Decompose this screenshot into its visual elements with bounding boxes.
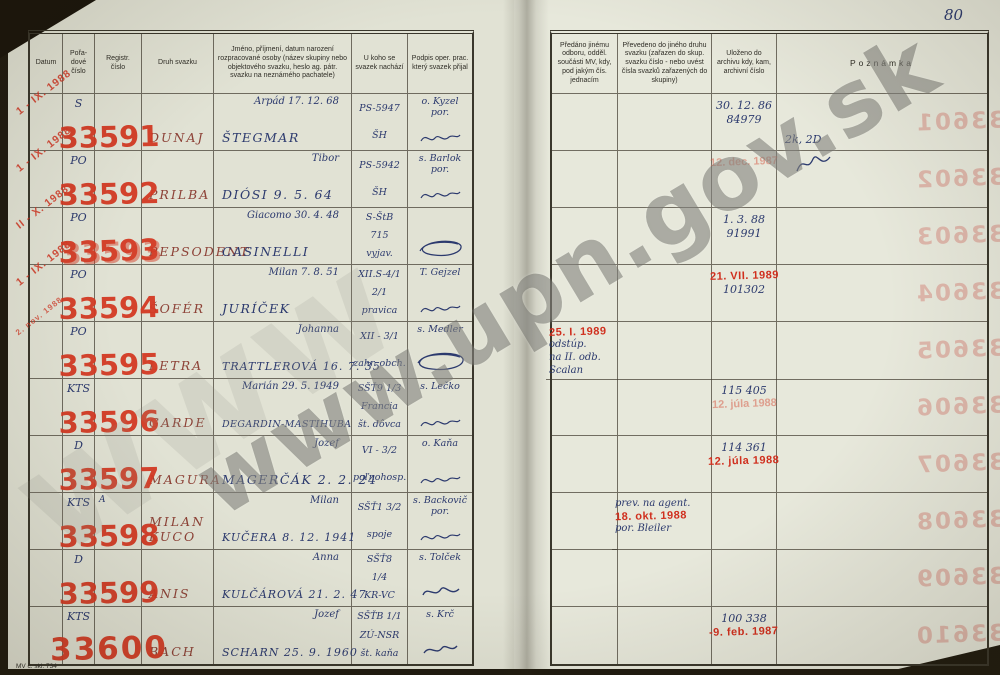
mirrored-bleed-number: 33608 — [915, 506, 1000, 535]
row-right-33591: 30. 12. 8684979 2k, 2D33601 — [552, 94, 987, 151]
first-name-and-birthdate: Milan — [310, 495, 347, 506]
holder-line: XII.S-4/1 — [353, 269, 406, 281]
col-header-poznamka: Poznámka — [777, 34, 987, 94]
cell-prevedeno — [618, 208, 712, 265]
archive-date-stamp: -9. feb. 1987 — [709, 625, 779, 639]
col-header-jmeno: Jméno, příjmení, datum narození rozpraco… — [214, 34, 352, 94]
surname: CASINELLI — [218, 244, 347, 262]
holder-line: ŠH — [353, 130, 406, 142]
cell-ulozeno — [712, 550, 777, 607]
cell-predano — [552, 265, 618, 322]
holder-line: št. kaňa — [353, 648, 406, 660]
row-left-33594: 1 - IX. 1988 33594 PO ŠOFÉR Milan 7. 8. … — [30, 265, 472, 322]
holder-line: XII - 3/1 — [353, 331, 406, 343]
registration-number-stamp: 33593 — [41, 232, 176, 271]
signature-scribble — [419, 583, 461, 601]
cell-predano — [552, 550, 618, 607]
ledger-scan-photo: 80 MV č. skl. 734 Datum Pořa-dové číslo … — [0, 0, 1000, 675]
row-left-33600: 33600 KTS BACH JozefSCHARN 25. 9. 1960 S… — [30, 607, 472, 664]
cell-jmeno: JozefSCHARN 25. 9. 1960 — [214, 607, 352, 664]
row-right-33596: 115 40512. júla 1988 33606 — [552, 379, 987, 436]
holder-line: SŠŤB 1/1 — [353, 611, 406, 623]
transfer-date-stamp: 25. I. 1989 — [549, 325, 614, 339]
mirrored-bleed-number: 33606 — [915, 392, 1000, 421]
cell-jmeno: JozefMAGERČÁK 2. 2. 24 — [214, 436, 352, 493]
holder-line: spoje — [353, 529, 406, 541]
cell-predano — [552, 607, 618, 664]
col-header-u-koho: U koho se svazek nachází — [352, 34, 408, 94]
archive-number: 114 361 — [721, 441, 767, 454]
holder-line: Francia — [353, 401, 406, 413]
cell-predano: 25. I. 1989odstúp.na II. odb.Scalan — [546, 322, 618, 380]
row-right-33598: prev. na agent.18. okt. 1988por. Bleiler… — [552, 493, 987, 550]
archive-date: 1. 3. 88 — [723, 213, 765, 226]
row-right-33592: 12. dec. 1987 33602 — [552, 151, 987, 208]
transfer-note: odstúp. — [549, 338, 614, 351]
row-left-33595: 2. nov. 1988 33595 PO LETRA JohannaTRATT… — [30, 322, 472, 379]
transfer-note: na II. odb. — [549, 351, 614, 364]
row-right-33594: 21. VII. 1989101302 33604 — [552, 265, 987, 322]
signer-name: T. Gejzel — [420, 267, 461, 278]
faint-date-stamp: 12. dec. 1987 — [710, 155, 778, 169]
archive-date-stamp: 21. VII. 1989 — [709, 269, 778, 283]
surname: KUČERA 8. 12. 1941 — [218, 531, 347, 547]
holder-line: zahr. obch. — [353, 358, 406, 370]
holder-line: pravica — [353, 305, 406, 317]
row-right-33599: 33609 — [552, 550, 987, 607]
cell-predano — [552, 208, 618, 265]
cell-ulozeno: 30. 12. 8684979 — [712, 94, 777, 151]
surname: SCHARN 25. 9. 1960 — [218, 646, 347, 662]
form-code: MV č. skl. 734 — [16, 663, 57, 670]
signer-name: o. Kaňa — [422, 438, 458, 449]
holder-line: S-ŠtB — [353, 212, 406, 224]
conversion-signature: por. Bleiler — [615, 522, 708, 535]
signature-scribble — [419, 530, 461, 544]
registration-number-stamp: 33597 — [42, 461, 177, 498]
signature-scribble — [416, 237, 464, 259]
signer-rank: por. — [431, 164, 449, 175]
holder-line: SŠŤ8 — [353, 554, 406, 566]
row-left-33598: 33598 KTS A MILANKUCO MilanKUČERA 8. 12.… — [30, 493, 472, 550]
cell-u-koho: XII.S-4/12/1pravica — [352, 265, 408, 322]
cell-ulozeno: 1. 3. 8891991 — [712, 208, 777, 265]
cell-u-koho: SŠŤ1 3/2spoje — [352, 493, 408, 550]
cell-predano — [552, 493, 618, 550]
cell-jmeno: TiborDIÓSI 9. 5. 64 — [214, 151, 352, 208]
cell-poznamka: 33602 — [777, 151, 987, 208]
holder-line: PS-5947 — [353, 103, 406, 115]
cell-prevedeno — [618, 379, 712, 436]
holder-line: SŠŤ1 3/2 — [353, 502, 406, 514]
cell-prevedeno — [618, 151, 712, 208]
surname: MAGERČÁK 2. 2. 24 — [218, 472, 347, 490]
cell-prevedeno: prev. na agent.18. okt. 1988por. Bleiler — [612, 493, 712, 550]
registration-number-stamp: 33600 — [42, 630, 177, 669]
signature-scribble — [419, 188, 461, 202]
col-header-prevedeno: Převedeno do jiného druhu svazku (zařaze… — [618, 34, 712, 94]
cell-prevedeno — [618, 265, 712, 322]
holder-line: SŠŤ9 1/3 — [353, 383, 406, 395]
cell-poznamka: 33609 — [777, 550, 987, 607]
first-name-and-birthdate: Jozef — [314, 609, 347, 620]
surname: JURÍČEK — [218, 301, 347, 319]
archive-number: 101302 — [723, 283, 765, 296]
signer-name: s. Backovič — [413, 495, 467, 506]
cell-podpis: s. Backovičpor. — [408, 493, 472, 550]
surname: ŠTEGMAR — [218, 130, 347, 148]
first-name-and-birthdate: Jozef — [314, 438, 347, 449]
row-left-33592: 1 - IX. 1988 33592 PO PRILBA TiborDIÓSI … — [30, 151, 472, 208]
cell-jmeno: MilanKUČERA 8. 12. 1941 — [214, 493, 352, 550]
signer-rank: por. — [431, 506, 449, 517]
cell-ulozeno — [712, 322, 777, 380]
note-text: 2k, 2D — [785, 133, 821, 146]
cell-ulozeno — [712, 493, 777, 550]
cell-podpis: s. Barlokpor. — [408, 151, 472, 208]
surname: TRATTLEROVÁ 16. 7. 35 — [218, 360, 347, 376]
cell-prevedeno — [618, 607, 712, 664]
row-right-33595: 25. I. 1989odstúp.na II. odb.Scalan 3360… — [552, 322, 987, 379]
row-left-33599: 33599 D ANIS AnnaKULČÁROVÁ 21. 2. 47 SŠŤ… — [30, 550, 472, 607]
row-left-33591: 1 - IX. 1988 33591 S DUNAJ Arpád 17. 12.… — [30, 94, 472, 151]
cell-u-koho: S-ŠtB715vyjav. — [352, 208, 408, 265]
cell-poznamka: 33604 — [777, 265, 987, 322]
archive-number: 115 405 — [721, 384, 767, 397]
cell-podpis: o. Kaňa — [408, 436, 472, 493]
cell-podpis: o. Kyzelpor. — [408, 94, 472, 151]
holder-line: 715 — [353, 230, 406, 242]
mirrored-bleed-number: 33610 — [915, 620, 1000, 649]
signer-name: s. Lečko — [420, 381, 460, 392]
surname: DEGARDIN-MASTIHUBA — [218, 419, 347, 433]
registration-number-stamp: 33598 — [42, 518, 177, 555]
cell-poznamka: 33606 — [777, 379, 987, 436]
cell-u-koho: PS-5947ŠH — [352, 94, 408, 151]
cell-jmeno: Giacomo 30. 4. 48CASINELLI — [214, 208, 352, 265]
cell-podpis: T. Gejzel — [408, 265, 472, 322]
holder-line: KR-VC — [353, 590, 406, 602]
cell-podpis — [408, 208, 472, 265]
col-header-predano: Předáno jinému odboru, odděl. součásti M… — [552, 34, 618, 94]
cell-u-koho: XII - 3/1zahr. obch. — [352, 322, 408, 379]
cell-poznamka: 33610 — [777, 607, 987, 664]
mirrored-bleed-number: 33601 — [915, 107, 1000, 136]
sub-letter: A — [99, 495, 106, 505]
archive-number: 100 338 — [721, 612, 767, 625]
first-name-and-birthdate: Johanna — [298, 324, 347, 335]
cell-predano — [552, 151, 618, 208]
archive-date: 30. 12. 86 — [716, 99, 772, 112]
signer-name: s. Medler — [417, 324, 463, 335]
cell-u-koho: SŠŤ9 1/3Franciašt. dôvca — [352, 379, 408, 436]
cell-podpis: s. Medler — [408, 322, 472, 379]
cell-jmeno: AnnaKULČÁROVÁ 21. 2. 47 — [214, 550, 352, 607]
surname: DIÓSI 9. 5. 64 — [218, 187, 347, 205]
ink-scribble — [793, 151, 833, 177]
signer-name: s. Barlok — [419, 153, 462, 164]
cell-prevedeno — [618, 550, 712, 607]
faint-date-stamp: 12. júla 1988 — [711, 397, 776, 411]
cell-jmeno: Milan 7. 8. 51JURÍČEK — [214, 265, 352, 322]
page-number: 80 — [944, 6, 963, 24]
cell-prevedeno — [618, 436, 712, 493]
cell-u-koho: SŠŤ81/4KR-VC — [352, 550, 408, 607]
mirrored-bleed-number: 33604 — [915, 278, 1000, 307]
cell-poznamka: 2k, 2D33601 — [777, 94, 987, 151]
mirrored-bleed-number: 33603 — [915, 221, 1000, 250]
cell-prevedeno — [618, 322, 712, 380]
first-name-and-birthdate: Anna — [313, 552, 347, 563]
signer-name: s. Tolček — [419, 552, 461, 563]
first-name-and-birthdate: Tibor — [312, 153, 347, 164]
cell-jmeno: Marián 29. 5. 1949DEGARDIN-MASTIHUBA — [214, 379, 352, 436]
first-name-and-birthdate: Milan 7. 8. 51 — [269, 267, 347, 278]
holder-line: PS-5942 — [353, 160, 406, 172]
row-left-33596: 33596 KTS GARDE Marián 29. 5. 1949DEGARD… — [30, 379, 472, 436]
right-ledger-table: Předáno jinému odboru, odděl. součásti M… — [550, 30, 989, 666]
cell-podpis: s. Krč — [408, 607, 472, 664]
cell-u-koho: PS-5942ŠH — [352, 151, 408, 208]
holder-line: 2/1 — [353, 287, 406, 299]
holder-line: vyjav. — [353, 248, 406, 260]
col-header-druh-svazku: Druh svazku — [142, 34, 214, 94]
first-name-and-birthdate: Arpád 17. 12. 68 — [254, 96, 347, 107]
row-right-33593: 1. 3. 8891991 33603 — [552, 208, 987, 265]
cell-ulozeno: 115 40512. júla 1988 — [712, 379, 777, 436]
holder-line: 1/4 — [353, 572, 406, 584]
left-table-header: Datum Pořa-dové číslo Registr. číslo Dru… — [30, 34, 472, 94]
conversion-note: prev. na agent. — [615, 497, 708, 510]
cell-ulozeno: 21. VII. 1989101302 — [712, 265, 777, 322]
signer-rank: por. — [431, 107, 449, 118]
col-header-ulozeno: Uloženo do archivu kdy, kam, archivní čí… — [712, 34, 777, 94]
cell-poznamka: 33608 — [777, 493, 987, 550]
transfer-signature: Scalan — [549, 364, 614, 377]
registration-number-stamp: 33596 — [42, 404, 177, 441]
first-name-and-birthdate: Giacomo 30. 4. 48 — [247, 210, 347, 221]
left-ledger-table: Datum Pořa-dové číslo Registr. číslo Dru… — [28, 30, 474, 666]
holder-line: VI - 3/2 — [353, 445, 406, 457]
signer-name: o. Kyzel — [421, 96, 458, 107]
photo-edge-bottom — [0, 669, 1000, 675]
signature-scribble — [419, 473, 461, 487]
cell-u-koho: SŠŤB 1/1ZÚ-NSRšt. kaňa — [352, 607, 408, 664]
cell-poznamka: 33607 — [777, 436, 987, 493]
col-header-poradove-cislo: Pořa-dové číslo — [63, 34, 95, 94]
right-table-header: Předáno jinému odboru, odděl. součásti M… — [552, 34, 987, 94]
row-right-33600: 100 338-9. feb. 1987 33610 — [552, 607, 987, 664]
holder-line: ZÚ-NSR — [353, 630, 406, 642]
cell-predano — [552, 379, 618, 436]
photo-edge-left — [0, 0, 8, 675]
cell-jmeno: JohannaTRATTLEROVÁ 16. 7. 35 — [214, 322, 352, 379]
registration-number-stamp: 33592 — [42, 176, 177, 213]
registration-number-stamp: 33599 — [42, 575, 177, 612]
archive-date-stamp: 12. júla 1988 — [708, 454, 780, 468]
registration-number-stamp: 33594 — [42, 290, 177, 327]
surname: KULČÁROVÁ 21. 2. 47 — [218, 588, 347, 604]
cell-predano — [552, 436, 618, 493]
cell-poznamka: 33605 — [777, 322, 987, 380]
signature-scribble — [419, 131, 461, 145]
conversion-date-stamp: 18. okt. 1988 — [615, 509, 708, 523]
registration-number-stamp: 33595 — [42, 347, 177, 384]
cell-podpis: s. Lečko — [408, 379, 472, 436]
cell-u-koho: VI - 3/2poľnohosp. — [352, 436, 408, 493]
signer-name: s. Krč — [426, 609, 454, 620]
row-right-33597: 114 36112. júla 1988 33607 — [552, 436, 987, 493]
archive-number: 84979 — [727, 113, 762, 126]
holder-line: št. dôvca — [353, 419, 406, 431]
cell-jmeno: Arpád 17. 12. 68ŠTEGMAR — [214, 94, 352, 151]
signature-scribble — [414, 349, 466, 373]
archive-number: 91991 — [727, 227, 762, 240]
cell-ulozeno: 12. dec. 1987 — [712, 151, 777, 208]
holder-line: poľnohosp. — [353, 472, 406, 484]
registration-number-stamp: 33591 — [42, 119, 177, 156]
row-left-33593: II - X. 1988 33593 PO PEPSODENT Giacomo … — [30, 208, 472, 265]
mirrored-bleed-number: 33602 — [915, 164, 1000, 193]
col-header-podpis: Podpis oper. prac. který svazek přijal — [408, 34, 472, 94]
cell-ulozeno: 100 338-9. feb. 1987 — [712, 607, 777, 664]
signature-scribble — [419, 302, 461, 316]
mirrored-bleed-number: 33605 — [915, 335, 1000, 364]
col-header-registr-cislo: Registr. číslo — [95, 34, 142, 94]
cell-predano — [552, 94, 618, 151]
cell-prevedeno — [618, 94, 712, 151]
holder-line: ŠH — [353, 187, 406, 199]
first-name-and-birthdate: Marián 29. 5. 1949 — [242, 381, 347, 392]
cell-poznamka: 33603 — [777, 208, 987, 265]
cell-ulozeno: 114 36112. júla 1988 — [712, 436, 777, 493]
row-left-33597: 33597 D MAGURA JozefMAGERČÁK 2. 2. 24 VI… — [30, 436, 472, 493]
signature-scribble — [421, 641, 459, 659]
mirrored-bleed-number: 33609 — [915, 563, 1000, 592]
cell-podpis: s. Tolček — [408, 550, 472, 607]
signature-scribble — [419, 416, 461, 430]
mirrored-bleed-number: 33607 — [915, 449, 1000, 478]
